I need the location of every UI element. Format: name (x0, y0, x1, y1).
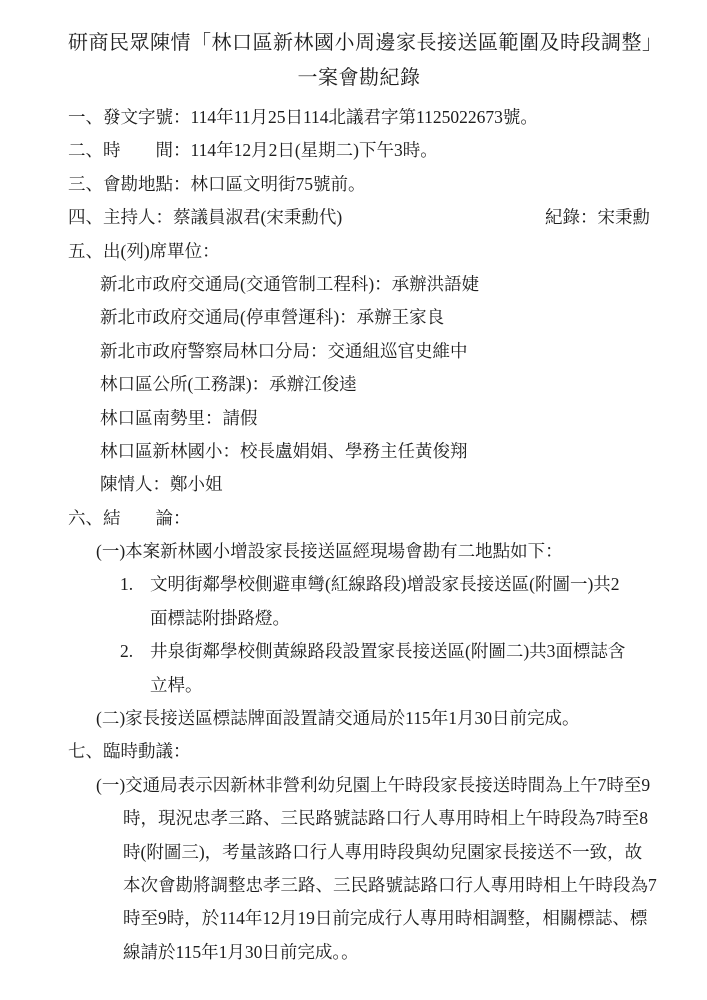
doc-line-text: 一、發文字號：114年11月25日114北議君字第1125022673號。 (68, 107, 538, 127)
doc-line-text: 井泉街鄰學校側黃線路段設置家長接送區(附圖二)共3面標誌含 (150, 641, 625, 661)
doc-line: 七、臨時動議： (68, 735, 650, 768)
doc-line: (二)家長接送區標誌牌面設置請交通局於115年1月30日前完成。 (96, 702, 650, 735)
doc-line: (一)本案新林國小增設家長接送區經現場會勘有二地點如下： (96, 535, 650, 568)
doc-line: 立桿。 (150, 669, 650, 702)
doc-line: 一、發文字號：114年11月25日114北議君字第1125022673號。 (68, 101, 650, 134)
doc-line-text: 陳情人：鄭小姐 (100, 474, 223, 494)
doc-line: 六、結 論： (68, 502, 650, 535)
doc-line: 二、時 間：114年12月2日(星期二)下午3時。 (68, 134, 650, 167)
doc-line-text: 七、臨時動議： (68, 741, 191, 761)
document-title-line1: 研商民眾陳情「林口區新林國小周邊家長接送區範圍及時段調整」 (68, 26, 650, 61)
doc-lines: 一、發文字號：114年11月25日114北議君字第1125022673號。 二、… (68, 101, 650, 969)
doc-line-text: 新北市政府交通局(交通管制工程科)：承辦洪語婕 (100, 274, 479, 294)
doc-line: 本次會勘將調整忠孝三路、三民路號誌路口行人專用時相上午時段為7 (123, 869, 650, 902)
doc-line: 新北市政府警察局林口分局：交通組巡官史維中 (100, 335, 650, 368)
doc-line-text: 線請於115年1月30日前完成。。 (123, 942, 359, 962)
doc-line: 林口區新林國小：校長盧娟娟、學務主任黃俊翔 (100, 435, 650, 468)
doc-line-text: 林口區新林國小：校長盧娟娟、學務主任黃俊翔 (100, 441, 468, 461)
doc-line: 1.文明街鄰學校側避車彎(紅線路段)增設家長接送區(附圖一)共2 (120, 568, 650, 601)
doc-line: 線請於115年1月30日前完成。。 (123, 936, 650, 969)
doc-line: 2.井泉街鄰學校側黃線路段設置家長接送區(附圖二)共3面標誌含 (120, 635, 650, 668)
doc-line: 面標誌附掛路燈。 (150, 602, 650, 635)
doc-line-text: (一)本案新林國小增設家長接送區經現場會勘有二地點如下： (96, 541, 563, 561)
doc-line: 時至9時，於114年12月19日前完成行人專用時相調整，相關標誌、標 (123, 902, 650, 935)
doc-line-text: 二、時 間：114年12月2日(星期二)下午3時。 (68, 140, 438, 160)
doc-line-text: 新北市政府交通局(停車營運科)：承辦王家良 (100, 307, 444, 327)
doc-line-text: 立桿。 (150, 675, 203, 695)
list-number-marker: 1. (120, 568, 150, 601)
doc-line-text: 時，現況忠孝三路、三民路號誌路口行人專用時相上午時段為7時至8 (123, 808, 648, 828)
doc-line-text: 本次會勘將調整忠孝三路、三民路號誌路口行人專用時相上午時段為7 (123, 875, 657, 895)
doc-line-right-text: 紀錄：宋秉勳 (545, 201, 650, 234)
doc-line: 新北市政府交通局(交通管制工程科)：承辦洪語婕 (100, 268, 650, 301)
doc-line-text: (二)家長接送區標誌牌面設置請交通局於115年1月30日前完成。 (96, 708, 580, 728)
scanned-meeting-record-page: 研商民眾陳情「林口區新林國小周邊家長接送區範圍及時段調整」 一案會勘紀錄 一、發… (0, 0, 707, 1000)
doc-line-text: (一)交通局表示因新林非營利幼兒園上午時段家長接送時間為上午7時至9 (96, 775, 650, 795)
doc-line: 陳情人：鄭小姐 (100, 468, 650, 501)
doc-line: 三、會勘地點：林口區文明街75號前。 (68, 168, 650, 201)
doc-line-text: 時(附圖三)，考量該路口行人專用時段與幼兒園家長接送不一致，故 (123, 842, 642, 862)
doc-line-text: 三、會勘地點：林口區文明街75號前。 (68, 174, 366, 194)
doc-line: (一)交通局表示因新林非營利幼兒園上午時段家長接送時間為上午7時至9 (96, 769, 650, 802)
doc-line: 四、主持人：蔡議員淑君(宋秉勳代) 紀錄：宋秉勳 (68, 201, 650, 234)
doc-line: 五、出(列)席單位： (68, 235, 650, 268)
doc-line: 林口區公所(工務課)：承辦江俊逵 (100, 368, 650, 401)
doc-line-text: 面標誌附掛路燈。 (150, 608, 290, 628)
doc-line: 新北市政府交通局(停車營運科)：承辦王家良 (100, 301, 650, 334)
doc-line: 時(附圖三)，考量該路口行人專用時段與幼兒園家長接送不一致，故 (123, 836, 650, 869)
doc-line-text: 四、主持人：蔡議員淑君(宋秉勳代) (68, 207, 342, 227)
doc-line-text: 六、結 論： (68, 508, 191, 528)
doc-line-text: 時至9時，於114年12月19日前完成行人專用時相調整，相關標誌、標 (123, 908, 647, 928)
doc-line-text: 五、出(列)席單位： (68, 241, 220, 261)
document-content: 研商民眾陳情「林口區新林國小周邊家長接送區範圍及時段調整」 一案會勘紀錄 一、發… (68, 26, 650, 969)
doc-line: 時，現況忠孝三路、三民路號誌路口行人專用時相上午時段為7時至8 (123, 802, 650, 835)
doc-line: 林口區南勢里：請假 (100, 402, 650, 435)
list-number-marker: 2. (120, 635, 150, 668)
document-title: 研商民眾陳情「林口區新林國小周邊家長接送區範圍及時段調整」 一案會勘紀錄 (68, 26, 650, 96)
document-title-line2: 一案會勘紀錄 (68, 61, 650, 96)
doc-line-text: 林口區公所(工務課)：承辦江俊逵 (100, 374, 357, 394)
doc-line-text: 林口區南勢里：請假 (100, 408, 258, 428)
doc-line-text: 新北市政府警察局林口分局：交通組巡官史維中 (100, 341, 468, 361)
doc-line-text: 文明街鄰學校側避車彎(紅線路段)增設家長接送區(附圖一)共2 (150, 574, 620, 594)
